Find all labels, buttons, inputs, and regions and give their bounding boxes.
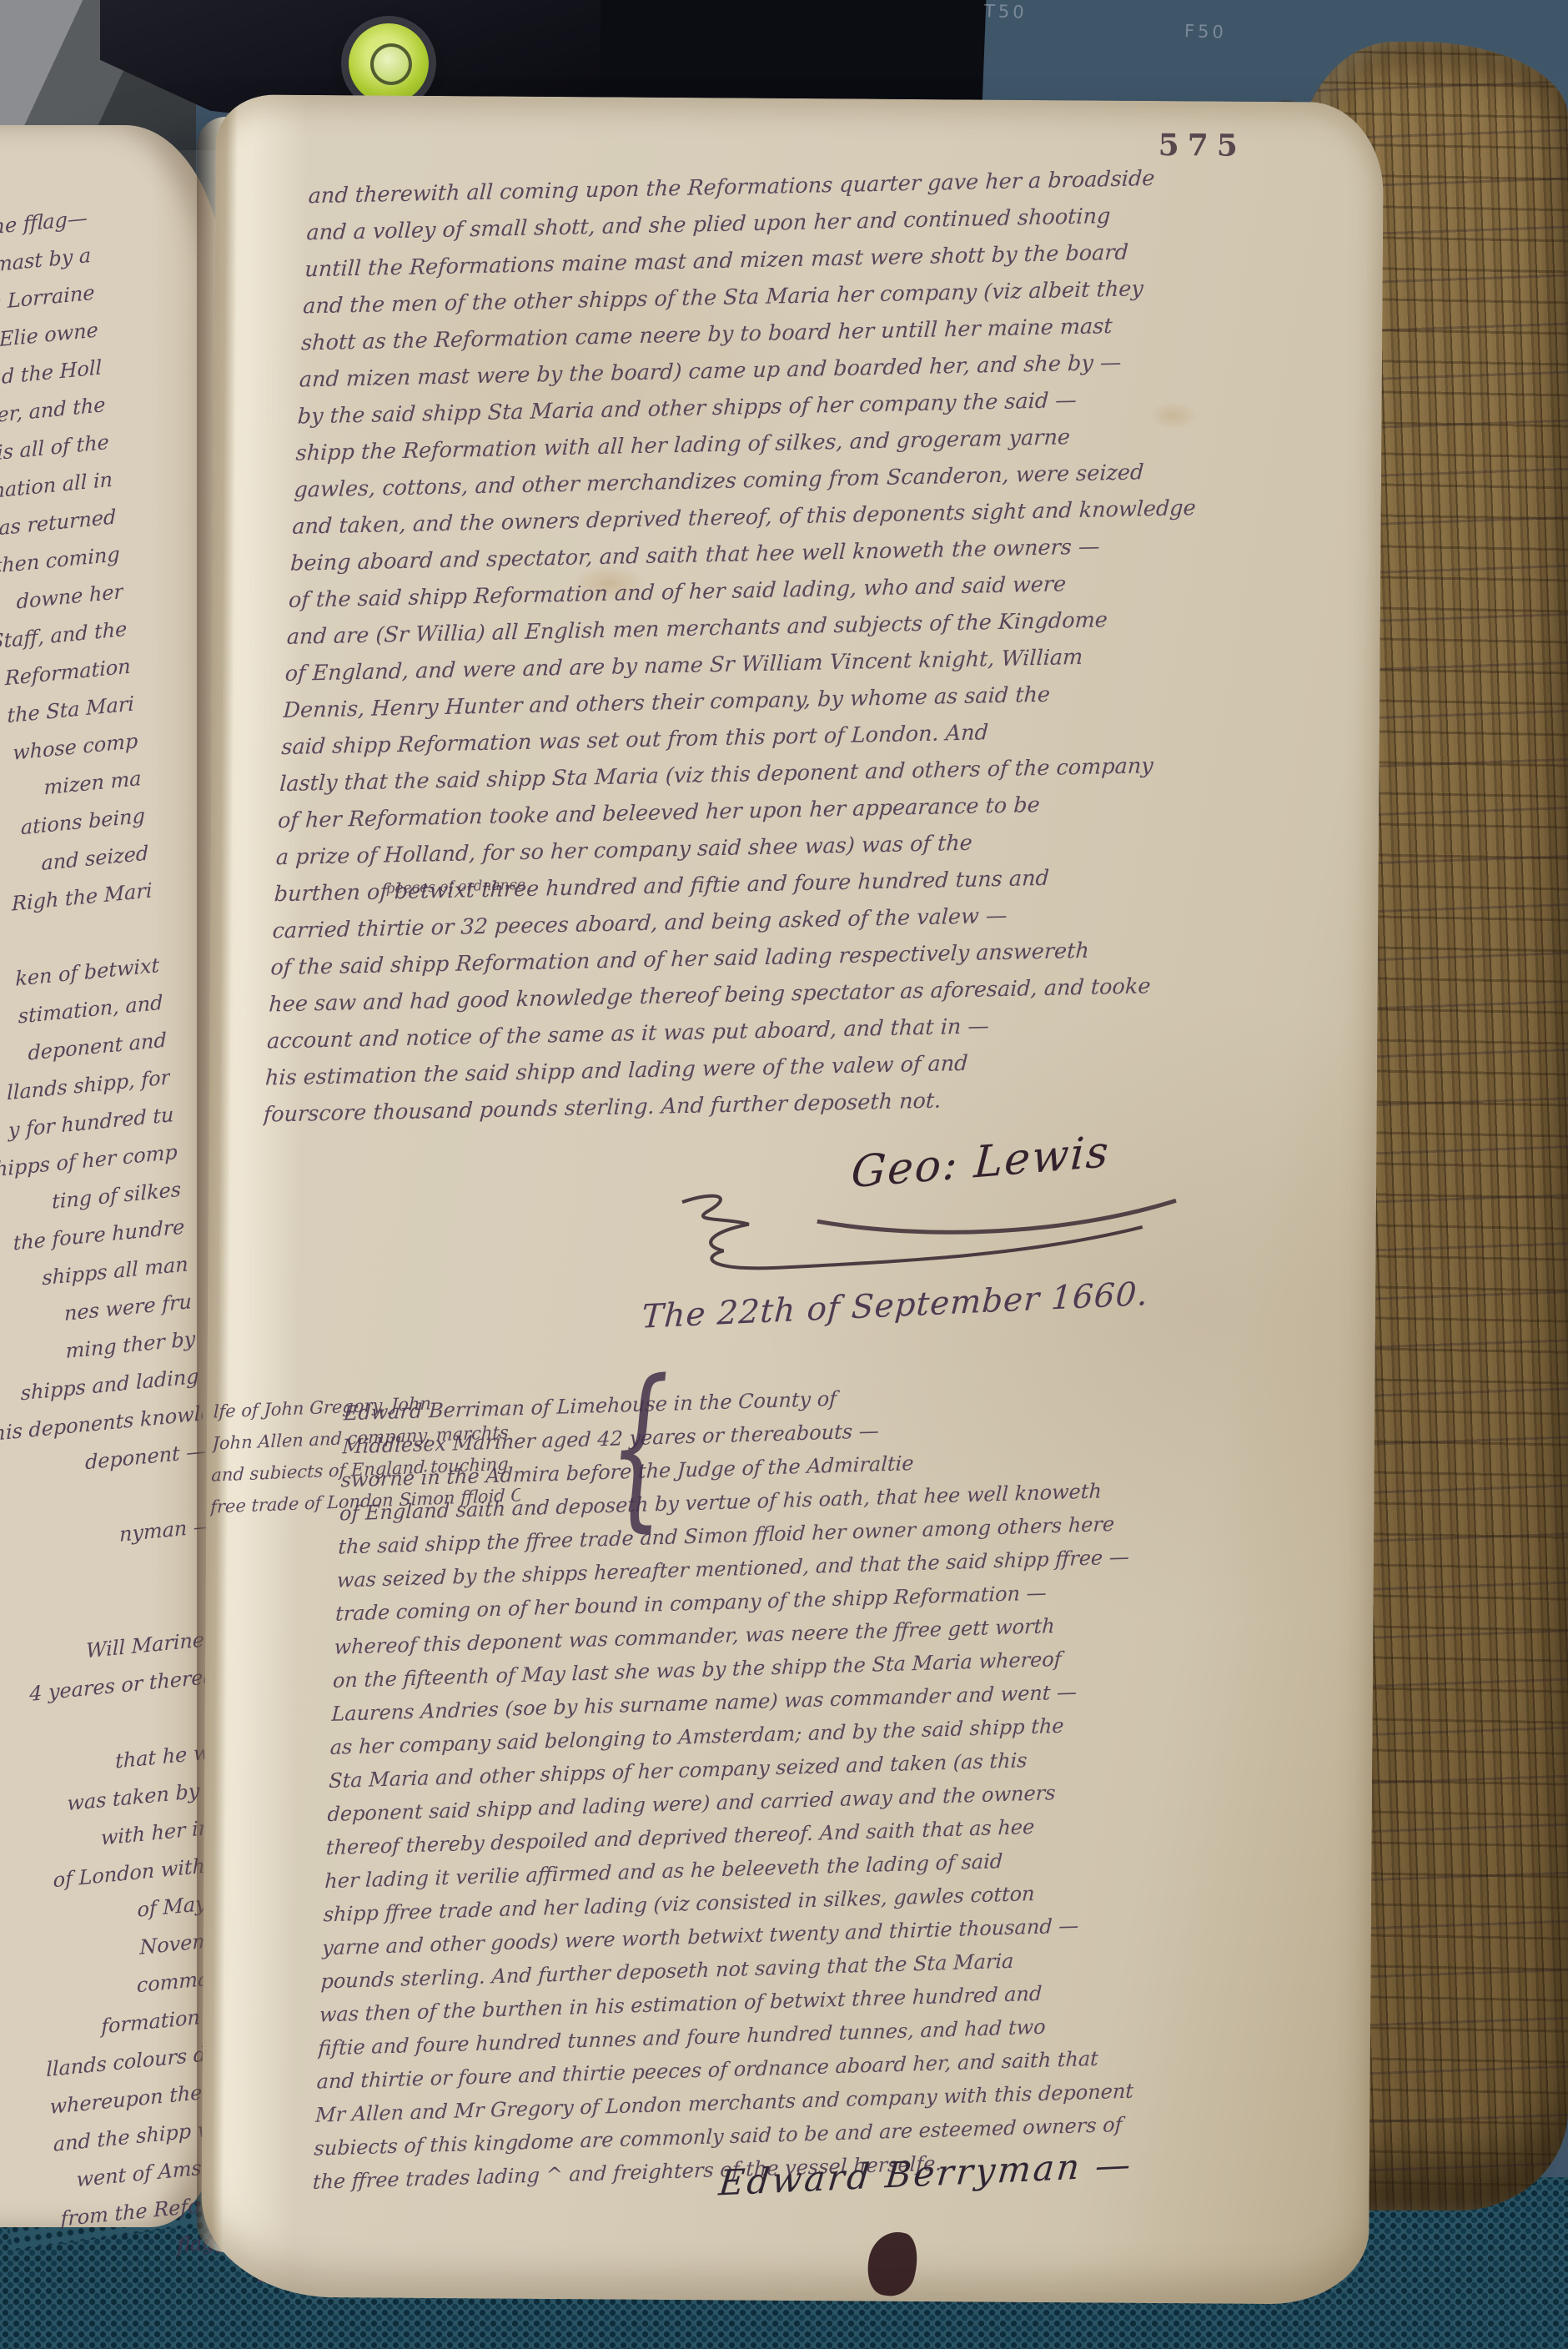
date-heading: The 22th of September 1660.: [641, 1275, 1149, 1336]
bubble-level-ring: [370, 43, 412, 85]
deposition-2-text: Edward Berriman of Limehouse in the Coun…: [312, 1366, 1388, 2199]
device-marking: T50: [984, 1, 1028, 23]
deposition-1-text: and therewith all coming upon the Reform…: [263, 155, 1395, 1134]
manuscript-page: 575 and therewith all coming upon the Re…: [201, 94, 1384, 2305]
facing-page: the fflag—mast by ame Lorrainere Elie ow…: [0, 125, 225, 2227]
signature-flourish: [675, 1174, 1193, 1285]
bubble-level-icon: [349, 23, 429, 103]
manuscript-photo: T50 F50 the fflag—mast by ame Lorrainere…: [0, 0, 1568, 2349]
ink-blot: [862, 2227, 922, 2301]
device-marking: F50: [1184, 21, 1228, 43]
